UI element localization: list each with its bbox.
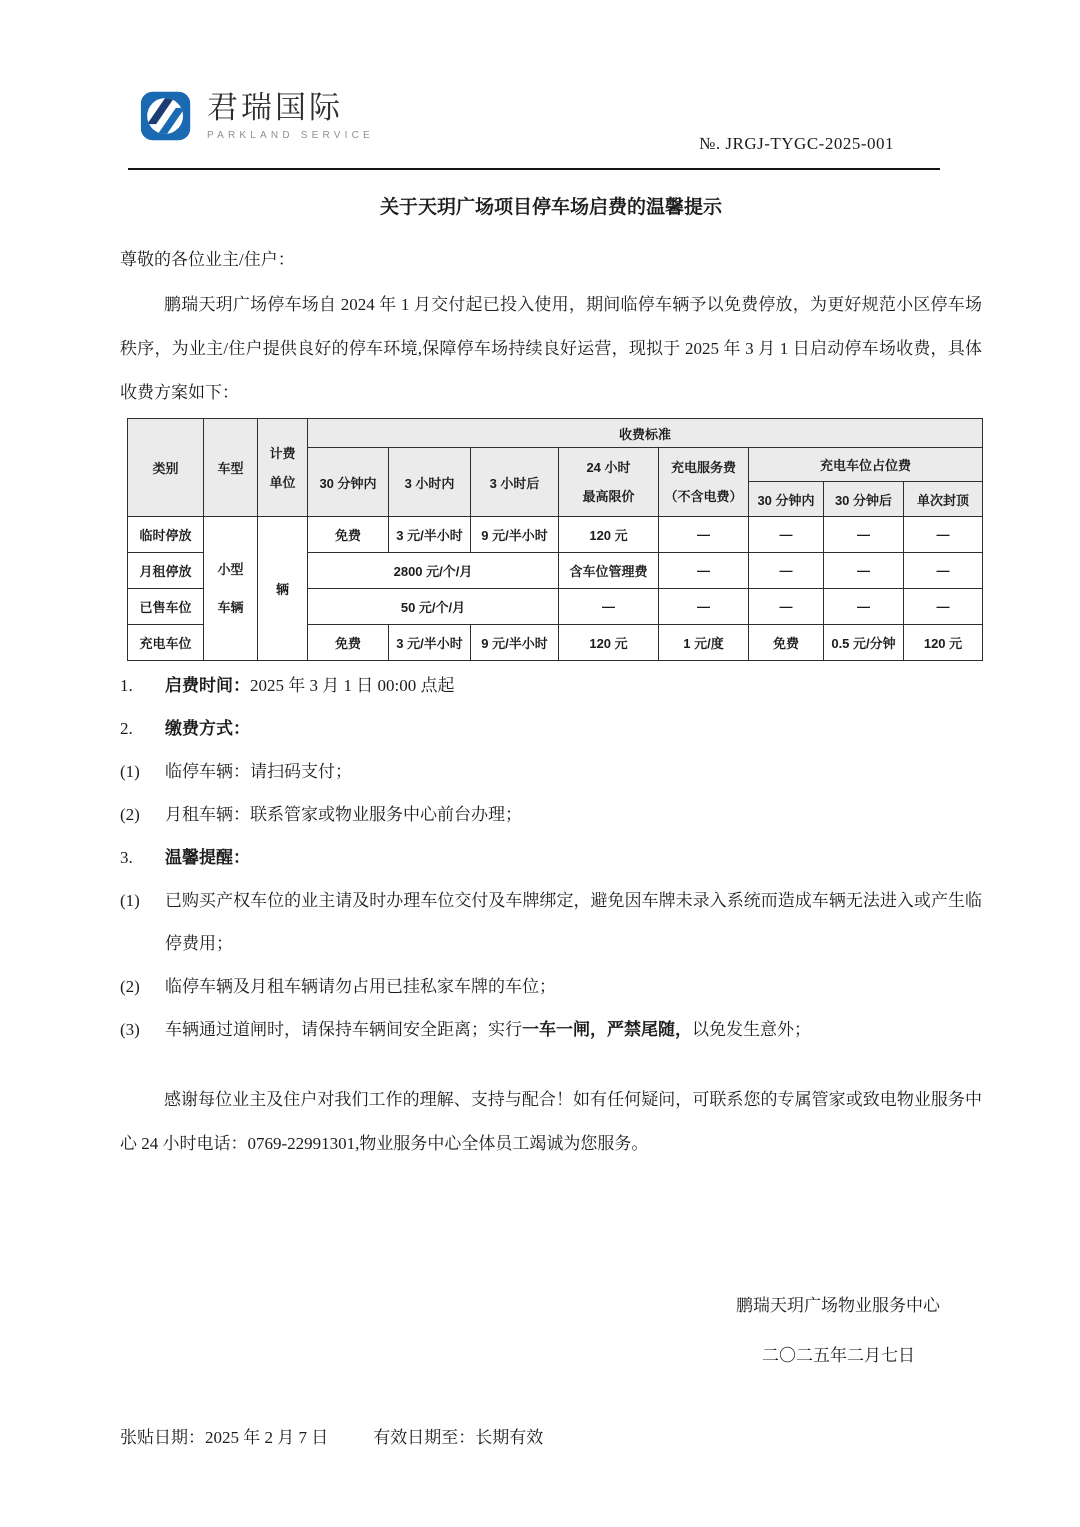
fee-cell: 免费 [308,517,389,553]
item-number: (2) [120,793,165,836]
fee-cell: — [824,553,904,589]
header-rule [128,168,940,170]
fee-cell: 含车位管理费 [559,553,659,589]
notice-document: 君瑞国际 PARKLAND SERVICE №. JRGJ-TYGC-2025-… [0,0,1080,1527]
fee-cell-merged: 2800 元/个/月 [308,553,559,589]
fee-cell: 9 元/半小时 [471,517,559,553]
item-title: 缴费方式： [165,707,982,750]
item-number: (2) [120,965,165,1008]
valid-until: 有效日期至：长期有效 [373,1428,543,1447]
fee-cell: — [824,517,904,553]
fee-cell-merged: 50 元/个/月 [308,589,559,625]
fee-cell: — [904,517,983,553]
col-header-occupy-30min-after: 30 分钟后 [824,482,904,517]
item-text: 车辆通过道闸时，请保持车辆间安全距离；实行一车一闸，严禁尾随，以免发生意外； [165,1008,982,1051]
table-row-temporary-parking: 临时停放 小型 车辆 辆 免费 3 元/半小时 9 元/半小时 120 元 — … [128,517,983,553]
page-title: 关于天玥广场项目停车场启费的温馨提示 [120,192,982,219]
item-number: (1) [120,750,165,793]
fee-cell: 120 元 [559,625,659,661]
col-header-charging-occupancy-fee: 充电车位占位费 [749,448,983,482]
fee-cell: 免费 [749,625,824,661]
fee-cell: 120 元 [904,625,983,661]
posted-date: 张贴日期：2025 年 2 月 7 日 [120,1428,328,1447]
intro-paragraph: 鹏瑞天玥广场停车场自 2024 年 1 月交付起已投入使用，期间临停车辆予以免费… [120,283,982,415]
row-label: 月租停放 [128,553,204,589]
col-header-3h-in: 3 小时内 [389,448,471,517]
fee-table: 类别 车型 计费 单位 收费标准 30 分钟内 3 小时内 3 小时后 24 小… [127,418,983,661]
list-subitem-no-occupying: (2) 临停车辆及月租车辆请勿占用已挂私家车牌的车位； [120,965,982,1008]
item-number: 2. [120,707,165,750]
item-number: 1. [120,664,165,707]
row-label: 充电车位 [128,625,204,661]
col-header-vehicle-type: 车型 [204,419,258,517]
list-subitem-temp-payment: (1) 临停车辆：请扫码支付； [120,750,982,793]
list-item-start-time: 1. 启费时间：2025 年 3 月 1 日 00:00 点起 [120,664,982,707]
fee-cell: 9 元/半小时 [471,625,559,661]
fee-cell: — [904,553,983,589]
col-header-billing-unit: 计费 单位 [258,419,308,517]
col-header-30min: 30 分钟内 [308,448,389,517]
col-header-charging-service-fee: 充电服务费 （不含电费） [659,448,749,517]
fee-cell: 3 元/半小时 [389,625,471,661]
item-number: 3. [120,836,165,879]
notice-items: 1. 启费时间：2025 年 3 月 1 日 00:00 点起 2. 缴费方式：… [120,664,982,1051]
fee-cell: 0.5 元/分钟 [824,625,904,661]
list-item-reminders: 3. 温馨提醒： [120,836,982,879]
vehicle-type-cell: 小型 车辆 [204,517,258,661]
fee-cell: — [559,589,659,625]
company-name-cn: 君瑞国际 [207,90,374,126]
item-title: 启费时间： [165,676,250,695]
signature-date: 二〇二五年二月七日 [120,1334,982,1378]
fee-cell: — [749,589,824,625]
fee-cell: — [749,517,824,553]
list-subitem-gate-safety: (3) 车辆通过道闸时，请保持车辆间安全距离；实行一车一闸，严禁尾随，以免发生意… [120,1008,982,1051]
fee-cell: 3 元/半小时 [389,517,471,553]
list-subitem-monthly-payment: (2) 月租车辆：联系管家或物业服务中心前台办理； [120,793,982,836]
item-text: 2025 年 3 月 1 日 00:00 点起 [250,676,454,695]
list-subitem-plate-binding: (1) 已购买产权车位的业主请及时办理车位交付及车牌绑定，避免因车牌未录入系统而… [120,879,982,965]
item-text: 月租车辆：联系管家或物业服务中心前台办理； [165,793,982,836]
signature-organization: 鹏瑞天玥广场物业服务中心 [120,1284,982,1328]
col-header-category: 类别 [128,419,204,517]
list-item-payment-method: 2. 缴费方式： [120,707,982,750]
fee-cell: — [659,517,749,553]
fee-cell: — [904,589,983,625]
item-text: 临停车辆：请扫码支付； [165,750,982,793]
col-header-3h-after: 3 小时后 [471,448,559,517]
row-label: 临时停放 [128,517,204,553]
document-number: №. JRGJ-TYGC-2025-001 [120,134,982,154]
col-header-24h-cap: 24 小时 最高限价 [559,448,659,517]
fee-cell: — [824,589,904,625]
item-title: 温馨提醒： [165,836,982,879]
fee-cell: 1 元/度 [659,625,749,661]
col-header-occupy-cap: 单次封顶 [904,482,983,517]
fee-cell: 免费 [308,625,389,661]
item-text: 已购买产权车位的业主请及时办理车位交付及车牌绑定，避免因车牌未录入系统而造成车辆… [165,879,982,965]
footer-dates: 张贴日期：2025 年 2 月 7 日有效日期至：长期有效 [120,1416,982,1459]
item-number: (3) [120,1008,165,1051]
fee-cell: — [659,589,749,625]
col-header-occupy-30min-in: 30 分钟内 [749,482,824,517]
col-header-fee-standard: 收费标准 [308,419,983,448]
row-label: 已售车位 [128,589,204,625]
fee-cell: — [749,553,824,589]
fee-cell: — [659,553,749,589]
closing-paragraph: 感谢每位业主及住户对我们工作的理解、支持与配合！如有任何疑问，可联系您的专属管家… [120,1078,982,1166]
item-number: (1) [120,879,165,965]
salutation: 尊敬的各位业主/住户： [120,246,982,274]
item-text: 临停车辆及月租车辆请勿占用已挂私家车牌的车位； [165,965,982,1008]
billing-unit-cell: 辆 [258,517,308,661]
fee-cell: 120 元 [559,517,659,553]
